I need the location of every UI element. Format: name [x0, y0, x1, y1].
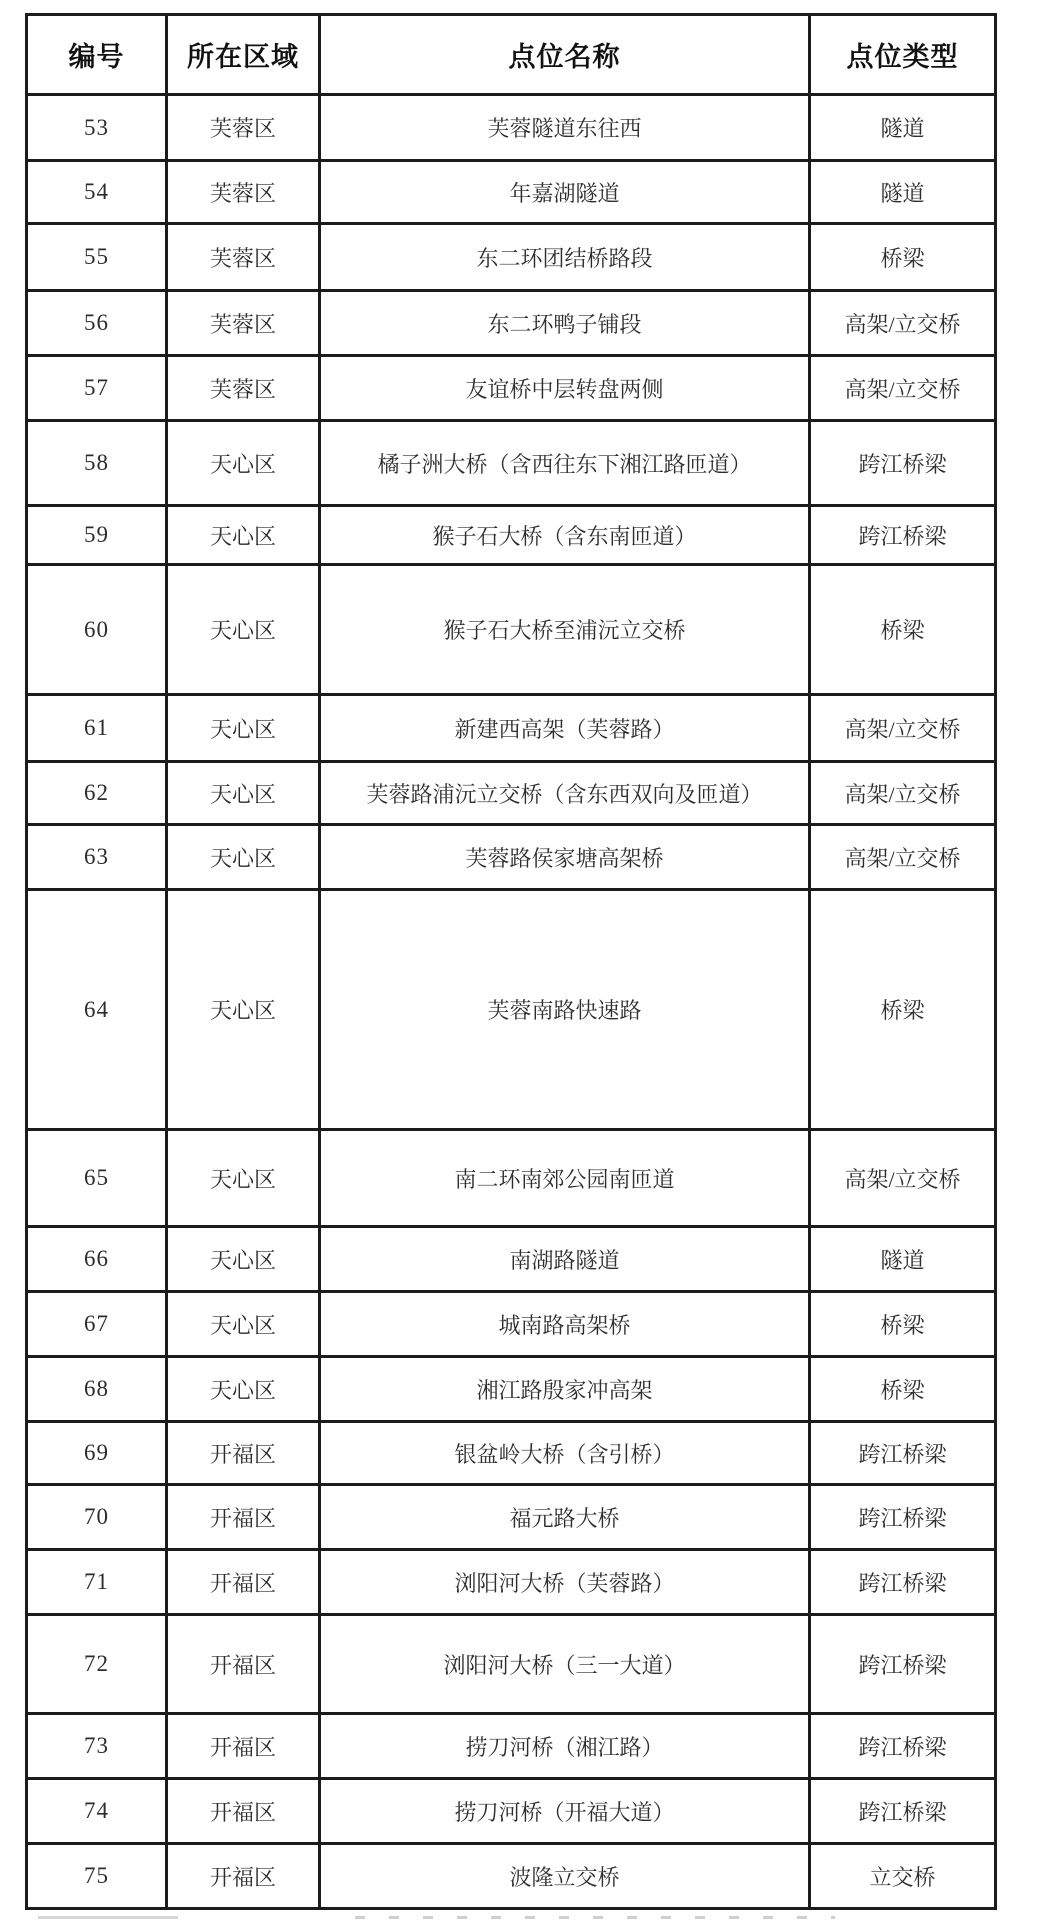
column-header-name: 点位名称: [320, 15, 810, 95]
cell-name: 橘子洲大桥（含西往东下湘江路匝道）: [320, 421, 810, 506]
cell-type: 高架/立交桥: [810, 695, 996, 762]
cell-type: 跨江桥梁: [810, 421, 996, 506]
cell-district: 天心区: [167, 695, 320, 762]
cell-name: 南湖路隧道: [320, 1227, 810, 1292]
table-row: 63 天心区 芙蓉路侯家塘高架桥 高架/立交桥: [27, 825, 996, 890]
cell-name: 东二环团结桥路段: [320, 224, 810, 291]
cell-id: 69: [27, 1422, 167, 1485]
table-row: 64 天心区 芙蓉南路快速路 桥梁: [27, 890, 996, 1130]
page: 编号 所在区域 点位名称 点位类型 53 芙蓉区 芙蓉隧道东往西 隧道 54 芙…: [0, 0, 1038, 1930]
cell-id: 61: [27, 695, 167, 762]
cell-district: 天心区: [167, 1292, 320, 1357]
cell-id: 65: [27, 1130, 167, 1227]
cell-name: 湘江路殷家冲高架: [320, 1357, 810, 1422]
cell-name: 东二环鸭子铺段: [320, 291, 810, 356]
table-row: 70 开福区 福元路大桥 跨江桥梁: [27, 1485, 996, 1550]
cell-name: 浏阳河大桥（三一大道）: [320, 1615, 810, 1714]
cell-district: 开福区: [167, 1485, 320, 1550]
cell-type: 跨江桥梁: [810, 1550, 996, 1615]
cell-district: 天心区: [167, 890, 320, 1130]
cell-district: 开福区: [167, 1615, 320, 1714]
cell-type: 隧道: [810, 161, 996, 224]
cell-id: 70: [27, 1485, 167, 1550]
cell-id: 54: [27, 161, 167, 224]
cell-id: 74: [27, 1779, 167, 1844]
cell-id: 55: [27, 224, 167, 291]
table-row: 53 芙蓉区 芙蓉隧道东往西 隧道: [27, 95, 996, 161]
cell-type: 跨江桥梁: [810, 1779, 996, 1844]
cell-type: 跨江桥梁: [810, 1485, 996, 1550]
cell-district: 天心区: [167, 1130, 320, 1227]
cell-district: 芙蓉区: [167, 224, 320, 291]
cell-id: 73: [27, 1714, 167, 1779]
header-row: 编号 所在区域 点位名称 点位类型: [27, 15, 996, 95]
cell-district: 芙蓉区: [167, 291, 320, 356]
cell-district: 天心区: [167, 762, 320, 825]
cell-name: 浏阳河大桥（芙蓉路）: [320, 1550, 810, 1615]
cell-name: 芙蓉路侯家塘高架桥: [320, 825, 810, 890]
cell-name: 波隆立交桥: [320, 1844, 810, 1909]
cell-id: 58: [27, 421, 167, 506]
cell-name: 城南路高架桥: [320, 1292, 810, 1357]
table-row: 72 开福区 浏阳河大桥（三一大道） 跨江桥梁: [27, 1615, 996, 1714]
cell-district: 天心区: [167, 1227, 320, 1292]
cell-district: 开福区: [167, 1844, 320, 1909]
cell-district: 开福区: [167, 1779, 320, 1844]
cell-id: 56: [27, 291, 167, 356]
cell-district: 芙蓉区: [167, 161, 320, 224]
artifact-line: [38, 1916, 178, 1919]
cell-name: 芙蓉隧道东往西: [320, 95, 810, 161]
cell-id: 67: [27, 1292, 167, 1357]
cell-type: 桥梁: [810, 1357, 996, 1422]
table-row: 54 芙蓉区 年嘉湖隧道 隧道: [27, 161, 996, 224]
cell-id: 66: [27, 1227, 167, 1292]
cell-id: 72: [27, 1615, 167, 1714]
table-row: 65 天心区 南二环南郊公园南匝道 高架/立交桥: [27, 1130, 996, 1227]
table-row: 61 天心区 新建西高架（芙蓉路） 高架/立交桥: [27, 695, 996, 762]
cell-name: 银盆岭大桥（含引桥）: [320, 1422, 810, 1485]
cell-id: 62: [27, 762, 167, 825]
cell-district: 芙蓉区: [167, 356, 320, 421]
table-row: 69 开福区 银盆岭大桥（含引桥） 跨江桥梁: [27, 1422, 996, 1485]
cell-id: 71: [27, 1550, 167, 1615]
table-row: 57 芙蓉区 友谊桥中层转盘两侧 高架/立交桥: [27, 356, 996, 421]
cell-type: 高架/立交桥: [810, 1130, 996, 1227]
table-row: 60 天心区 猴子石大桥至浦沅立交桥 桥梁: [27, 565, 996, 695]
points-table: 编号 所在区域 点位名称 点位类型 53 芙蓉区 芙蓉隧道东往西 隧道 54 芙…: [25, 13, 997, 1910]
cell-type: 跨江桥梁: [810, 1422, 996, 1485]
table-row: 55 芙蓉区 东二环团结桥路段 桥梁: [27, 224, 996, 291]
cell-type: 隧道: [810, 1227, 996, 1292]
cell-name: 猴子石大桥（含东南匝道）: [320, 506, 810, 565]
cell-id: 60: [27, 565, 167, 695]
cell-type: 桥梁: [810, 224, 996, 291]
table-row: 73 开福区 捞刀河桥（湘江路） 跨江桥梁: [27, 1714, 996, 1779]
cell-id: 63: [27, 825, 167, 890]
cell-id: 68: [27, 1357, 167, 1422]
cell-type: 高架/立交桥: [810, 825, 996, 890]
cell-district: 天心区: [167, 565, 320, 695]
cell-district: 天心区: [167, 506, 320, 565]
cell-type: 隧道: [810, 95, 996, 161]
cell-id: 59: [27, 506, 167, 565]
table-row: 62 天心区 芙蓉路浦沅立交桥（含东西双向及匝道） 高架/立交桥: [27, 762, 996, 825]
table-row: 68 天心区 湘江路殷家冲高架 桥梁: [27, 1357, 996, 1422]
column-header-id: 编号: [27, 15, 167, 95]
cell-district: 天心区: [167, 1357, 320, 1422]
cell-name: 芙蓉路浦沅立交桥（含东西双向及匝道）: [320, 762, 810, 825]
column-header-type: 点位类型: [810, 15, 996, 95]
table-row: 66 天心区 南湖路隧道 隧道: [27, 1227, 996, 1292]
truncated-next-row-artifact: [0, 1915, 1038, 1921]
cell-type: 桥梁: [810, 565, 996, 695]
cell-name: 芙蓉南路快速路: [320, 890, 810, 1130]
cell-district: 天心区: [167, 825, 320, 890]
cell-district: 开福区: [167, 1550, 320, 1615]
cell-type: 高架/立交桥: [810, 356, 996, 421]
cell-type: 高架/立交桥: [810, 291, 996, 356]
cell-type: 跨江桥梁: [810, 1615, 996, 1714]
table-row: 56 芙蓉区 东二环鸭子铺段 高架/立交桥: [27, 291, 996, 356]
table-row: 71 开福区 浏阳河大桥（芙蓉路） 跨江桥梁: [27, 1550, 996, 1615]
cell-id: 53: [27, 95, 167, 161]
cell-name: 猴子石大桥至浦沅立交桥: [320, 565, 810, 695]
table-row: 75 开福区 波隆立交桥 立交桥: [27, 1844, 996, 1909]
cell-id: 75: [27, 1844, 167, 1909]
cell-type: 跨江桥梁: [810, 1714, 996, 1779]
cell-name: 新建西高架（芙蓉路）: [320, 695, 810, 762]
table-row: 67 天心区 城南路高架桥 桥梁: [27, 1292, 996, 1357]
cell-district: 芙蓉区: [167, 95, 320, 161]
cell-district: 开福区: [167, 1422, 320, 1485]
cell-name: 福元路大桥: [320, 1485, 810, 1550]
cell-name: 捞刀河桥（湘江路）: [320, 1714, 810, 1779]
cell-name: 南二环南郊公园南匝道: [320, 1130, 810, 1227]
cell-id: 64: [27, 890, 167, 1130]
cell-name: 友谊桥中层转盘两侧: [320, 356, 810, 421]
cell-name: 年嘉湖隧道: [320, 161, 810, 224]
cell-type: 高架/立交桥: [810, 762, 996, 825]
cell-type: 桥梁: [810, 1292, 996, 1357]
cell-district: 开福区: [167, 1714, 320, 1779]
table-row: 74 开福区 捞刀河桥（开福大道） 跨江桥梁: [27, 1779, 996, 1844]
cell-type: 跨江桥梁: [810, 506, 996, 565]
artifact-dashes: [355, 1916, 835, 1919]
cell-id: 57: [27, 356, 167, 421]
table-row: 59 天心区 猴子石大桥（含东南匝道） 跨江桥梁: [27, 506, 996, 565]
cell-name: 捞刀河桥（开福大道）: [320, 1779, 810, 1844]
cell-district: 天心区: [167, 421, 320, 506]
cell-type: 立交桥: [810, 1844, 996, 1909]
table-row: 58 天心区 橘子洲大桥（含西往东下湘江路匝道） 跨江桥梁: [27, 421, 996, 506]
column-header-district: 所在区域: [167, 15, 320, 95]
cell-type: 桥梁: [810, 890, 996, 1130]
